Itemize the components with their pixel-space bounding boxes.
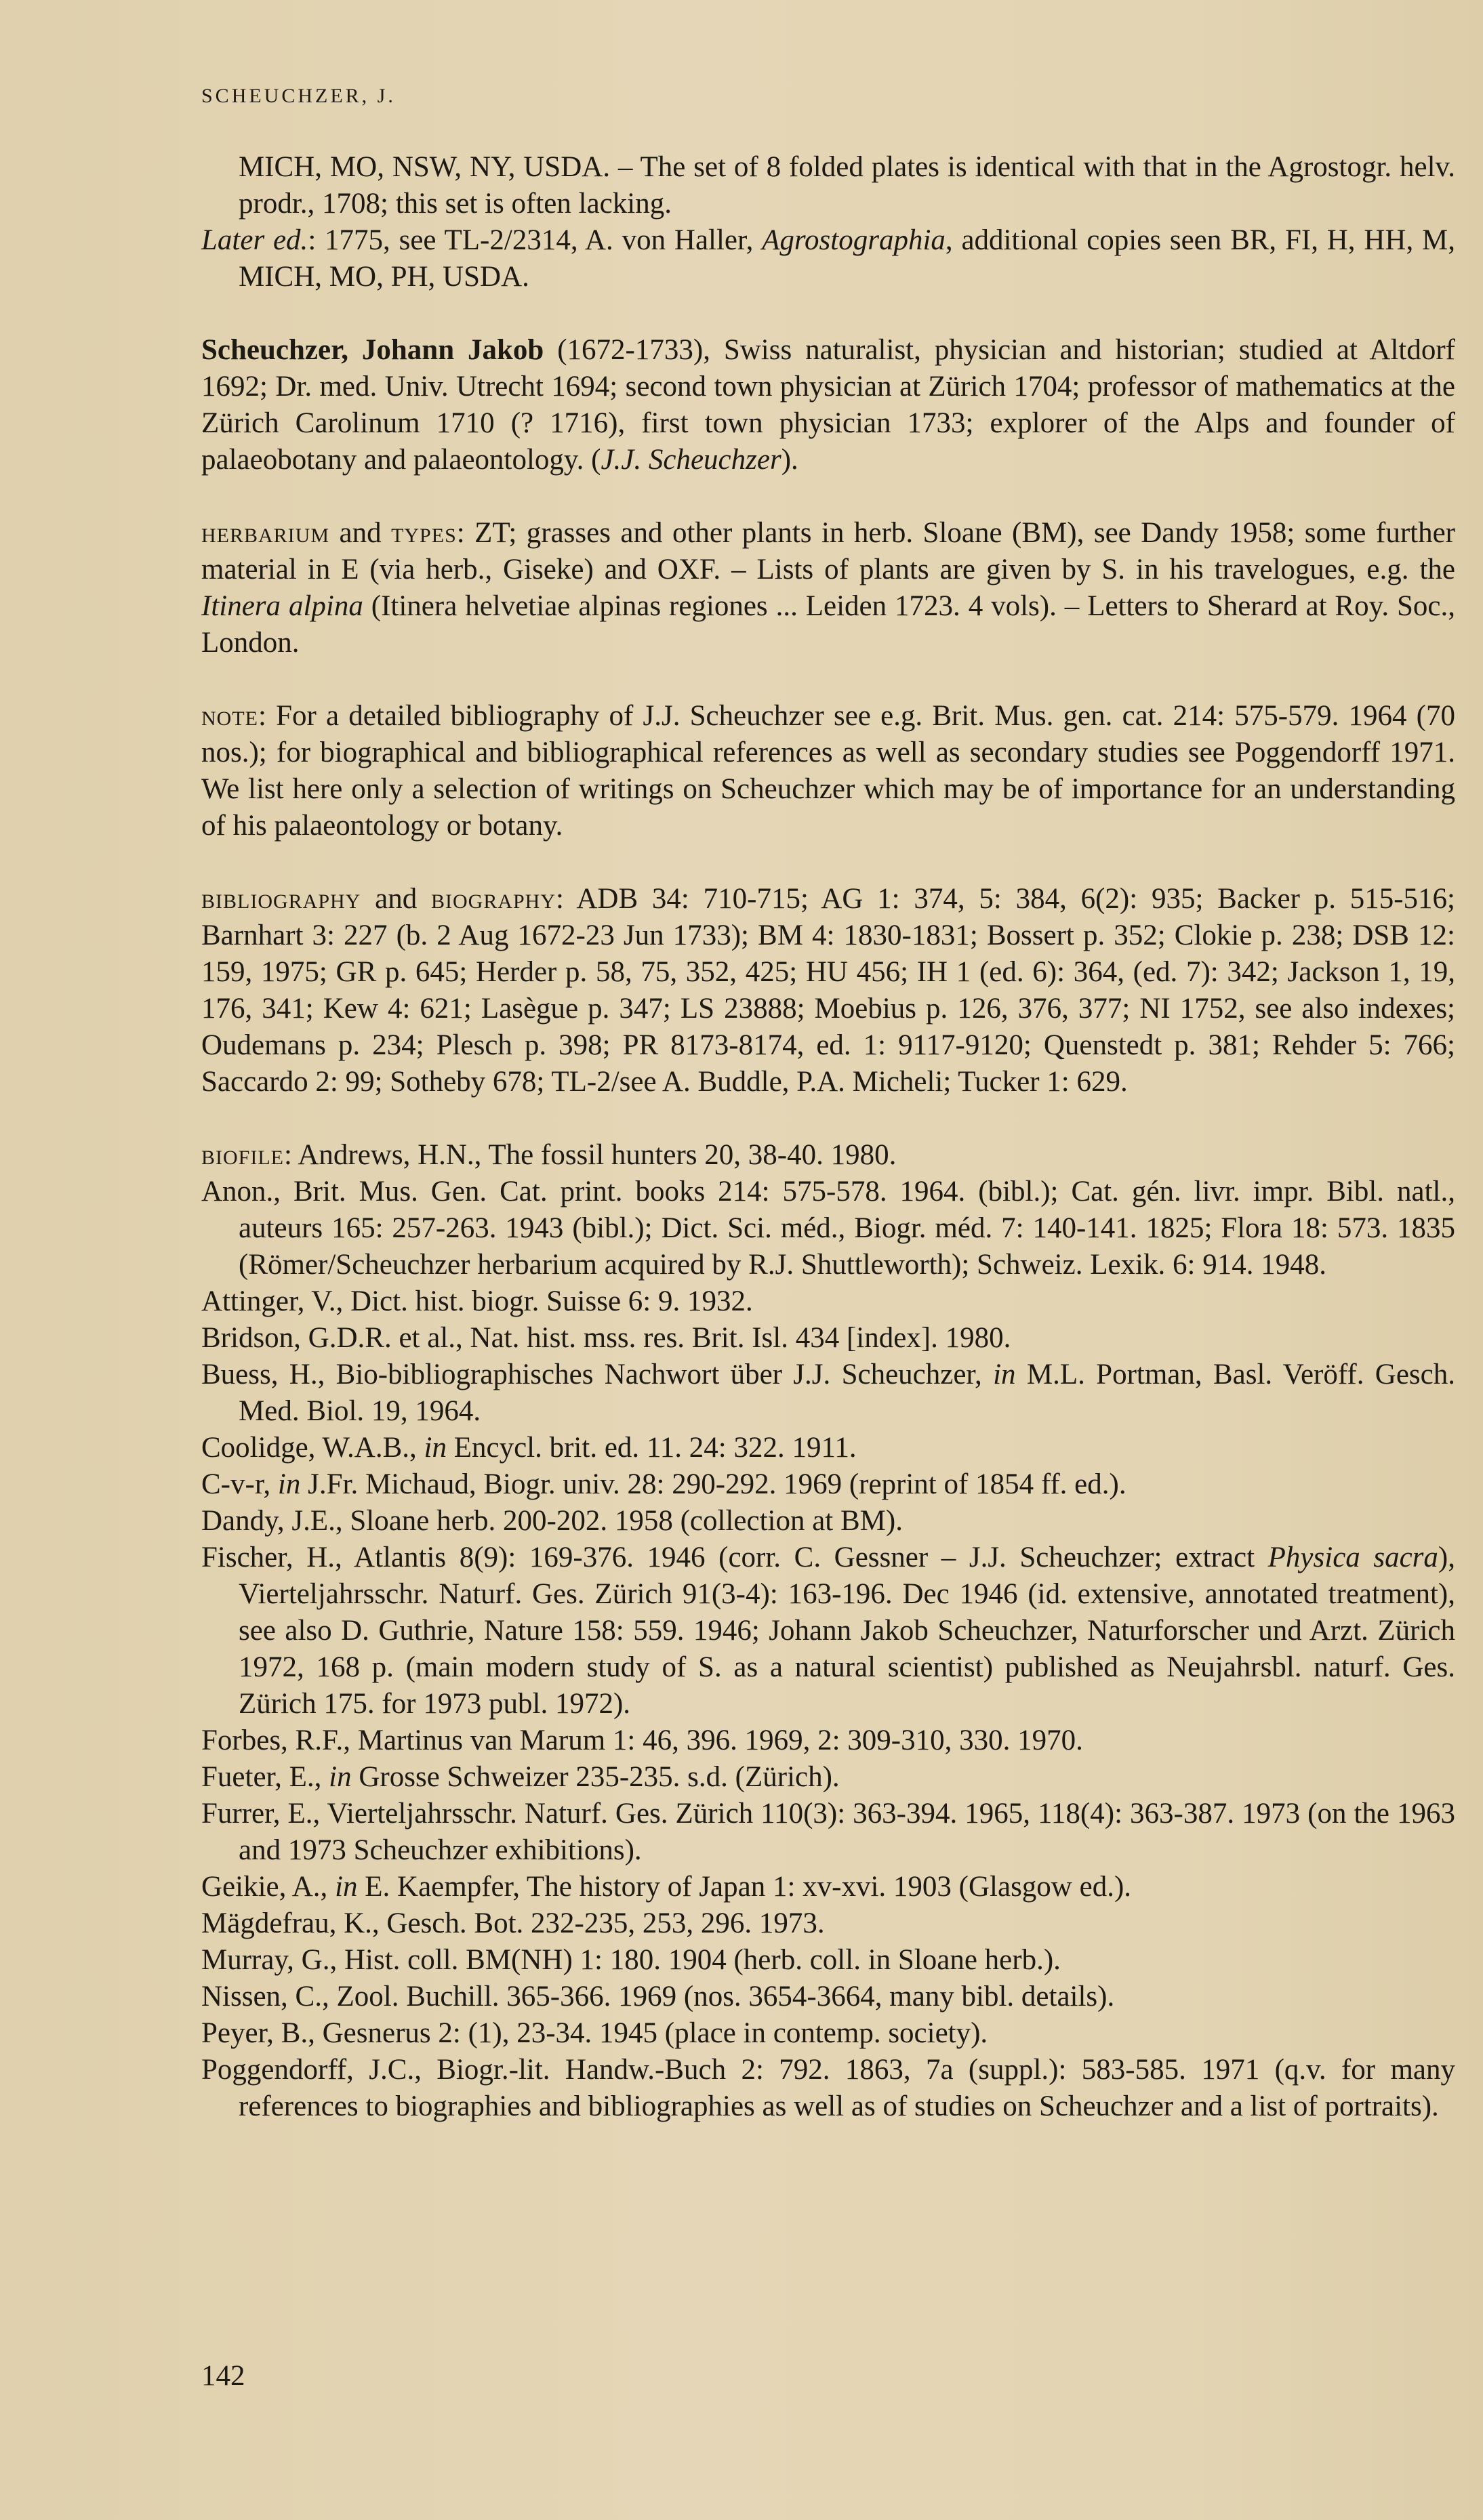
biofile-entry-italic: Physica sacra (1268, 1542, 1438, 1573)
biofile-entry-italic: in (424, 1432, 447, 1464)
biofile-entry-text: Mägdefrau, K., Gesch. Bot. 232-235, 253,… (201, 1907, 825, 1939)
biofile-entry-text: Furrer, E., Vierteljahrsschr. Naturf. Ge… (201, 1798, 1455, 1866)
biography-label: biography (431, 883, 556, 915)
entry-bio-end: ). (781, 444, 798, 476)
herbarium-label: herbarium (201, 517, 329, 549)
entry-abbrev: J.J. Scheuchzer (601, 444, 781, 476)
types-label: types (391, 517, 457, 549)
bibliography-section: bibliography and biography: ADB 34: 710-… (201, 881, 1455, 1100)
biofile-entry: Poggendorff, J.C., Biogr.-lit. Handw.-Bu… (201, 2052, 1455, 2125)
biofile-entry: Fueter, E., in Grosse Schweizer 235-235.… (201, 1759, 1455, 1796)
biofile-entry: C-v-r, in J.Fr. Michaud, Biogr. univ. 28… (201, 1466, 1455, 1503)
biofile-entry-text: Poggendorff, J.C., Biogr.-lit. Handw.-Bu… (201, 2054, 1455, 2122)
note-label: note (201, 700, 258, 732)
herbarium-section: herbarium and types: ZT; grasses and oth… (201, 515, 1455, 661)
biofile-entry: Buess, H., Bio-bibliographisches Nachwor… (201, 1357, 1455, 1430)
continuation-text: MICH, MO, NSW, NY, USDA. – The set of 8 … (239, 151, 1455, 220)
biofile-entry-text: Nissen, C., Zool. Buchill. 365-366. 1969… (201, 1981, 1114, 2012)
biofile-entry: Murray, G., Hist. coll. BM(NH) 1: 180. 1… (201, 1942, 1455, 1979)
biofile-entry: Geikie, A., in E. Kaempfer, The history … (201, 1869, 1455, 1905)
bibliography-text: : ADB 34: 710-715; AG 1: 374, 5: 384, 6(… (201, 883, 1455, 1098)
biofile-entry-italic: in (329, 1761, 351, 1793)
later-edition-paragraph: Later ed.: 1775, see TL-2/2314, A. von H… (201, 222, 1455, 295)
biofile-label: biofile (201, 1139, 284, 1171)
biofile-entry: Peyer, B., Gesnerus 2: (1), 23-34. 1945 … (201, 2015, 1455, 2052)
biofile-entry-text-end: Encycl. brit. ed. 11. 24: 322. 1911. (447, 1432, 857, 1464)
biofile-entry-italic: in (278, 1468, 300, 1500)
biofile-entry-text: Fueter, E., (201, 1761, 329, 1793)
biofile-entry-text: Murray, G., Hist. coll. BM(NH) 1: 180. 1… (201, 1944, 1061, 1976)
biofile-entry-text: Buess, H., Bio-bibliographisches Nachwor… (201, 1359, 993, 1390)
biofile-entry: Fischer, H., Atlantis 8(9): 169-376. 194… (201, 1540, 1455, 1722)
biofile-entry-text: Peyer, B., Gesnerus 2: (1), 23-34. 1945 … (201, 2017, 988, 2049)
biofile-entry-text: Anon., Brit. Mus. Gen. Cat. print. books… (201, 1176, 1455, 1281)
biofile-entry-text: Dandy, J.E., Sloane herb. 200-202. 1958 … (201, 1505, 903, 1537)
biofile-entry: Forbes, R.F., Martinus van Marum 1: 46, … (201, 1722, 1455, 1759)
biofile-entry: biofile: Andrews, H.N., The fossil hunte… (201, 1137, 1455, 1174)
later-edition-title: Agrostographia (762, 224, 946, 256)
biofile-entry: Dandy, J.E., Sloane herb. 200-202. 1958 … (201, 1503, 1455, 1540)
biofile-entry-italic: in (993, 1359, 1015, 1390)
page-body: SCHEUCHZER, J. MICH, MO, NSW, NY, USDA. … (201, 83, 1455, 2125)
biofile-entry: Furrer, E., Vierteljahrsschr. Naturf. Ge… (201, 1796, 1455, 1869)
continuation-paragraph: MICH, MO, NSW, NY, USDA. – The set of 8 … (201, 149, 1455, 222)
biofile-entry: Anon., Brit. Mus. Gen. Cat. print. books… (201, 1174, 1455, 1283)
note-section: note: For a detailed bibliography of J.J… (201, 698, 1455, 844)
biofile-entry-text: Geikie, A., (201, 1871, 335, 1903)
biofile-entry-text: Attinger, V., Dict. hist. biogr. Suisse … (201, 1285, 753, 1317)
entry-name: Scheuchzer, Johann Jakob (201, 334, 544, 366)
biofile-entry: Attinger, V., Dict. hist. biogr. Suisse … (201, 1283, 1455, 1320)
entry-heading-paragraph: Scheuchzer, Johann Jakob (1672-1733), Sw… (201, 332, 1455, 478)
biofile-entry-text-end: J.Fr. Michaud, Biogr. univ. 28: 290-292.… (300, 1468, 1126, 1500)
herbarium-label-and: and (329, 517, 391, 549)
biofile-entry-text: C-v-r, (201, 1468, 278, 1500)
page-number: 142 (201, 2358, 245, 2395)
biofile-entry-text: Forbes, R.F., Martinus van Marum 1: 46, … (201, 1724, 1083, 1756)
biofile-entry: Bridson, G.D.R. et al., Nat. hist. mss. … (201, 1320, 1455, 1357)
biofile-entry-text: Fischer, H., Atlantis 8(9): 169-376. 194… (201, 1542, 1268, 1573)
herbarium-text-end: (Itinera helvetiae alpinas regiones ... … (201, 590, 1455, 659)
biofile-entry-text: Bridson, G.D.R. et al., Nat. hist. mss. … (201, 1322, 1011, 1354)
bibliography-label: bibliography (201, 883, 361, 915)
biofile-entry: Nissen, C., Zool. Buchill. 365-366. 1969… (201, 1979, 1455, 2015)
biofile-entry-text-end: E. Kaempfer, The history of Japan 1: xv-… (358, 1871, 1132, 1903)
later-edition-text: : 1775, see TL-2/2314, A. von Haller, (308, 224, 762, 256)
biofile-entry-text: Coolidge, W.A.B., (201, 1432, 424, 1464)
later-edition-label: Later ed. (201, 224, 308, 256)
biofile-entry-italic: in (335, 1871, 357, 1903)
biofile-section: biofile: Andrews, H.N., The fossil hunte… (201, 1137, 1455, 2125)
note-text: : For a detailed bibliography of J.J. Sc… (201, 700, 1455, 842)
biofile-entry: Mägdefrau, K., Gesch. Bot. 232-235, 253,… (201, 1905, 1455, 1942)
bibliography-label-and: and (361, 883, 431, 915)
biofile-entry-text-end: Grosse Schweizer 235-235. s.d. (Zürich). (352, 1761, 840, 1793)
running-head: SCHEUCHZER, J. (201, 83, 1455, 110)
biofile-entry-text: : Andrews, H.N., The fossil hunters 20, … (284, 1139, 896, 1171)
biofile-entry: Coolidge, W.A.B., in Encycl. brit. ed. 1… (201, 1430, 1455, 1466)
herbarium-title: Itinera alpina (201, 590, 363, 622)
